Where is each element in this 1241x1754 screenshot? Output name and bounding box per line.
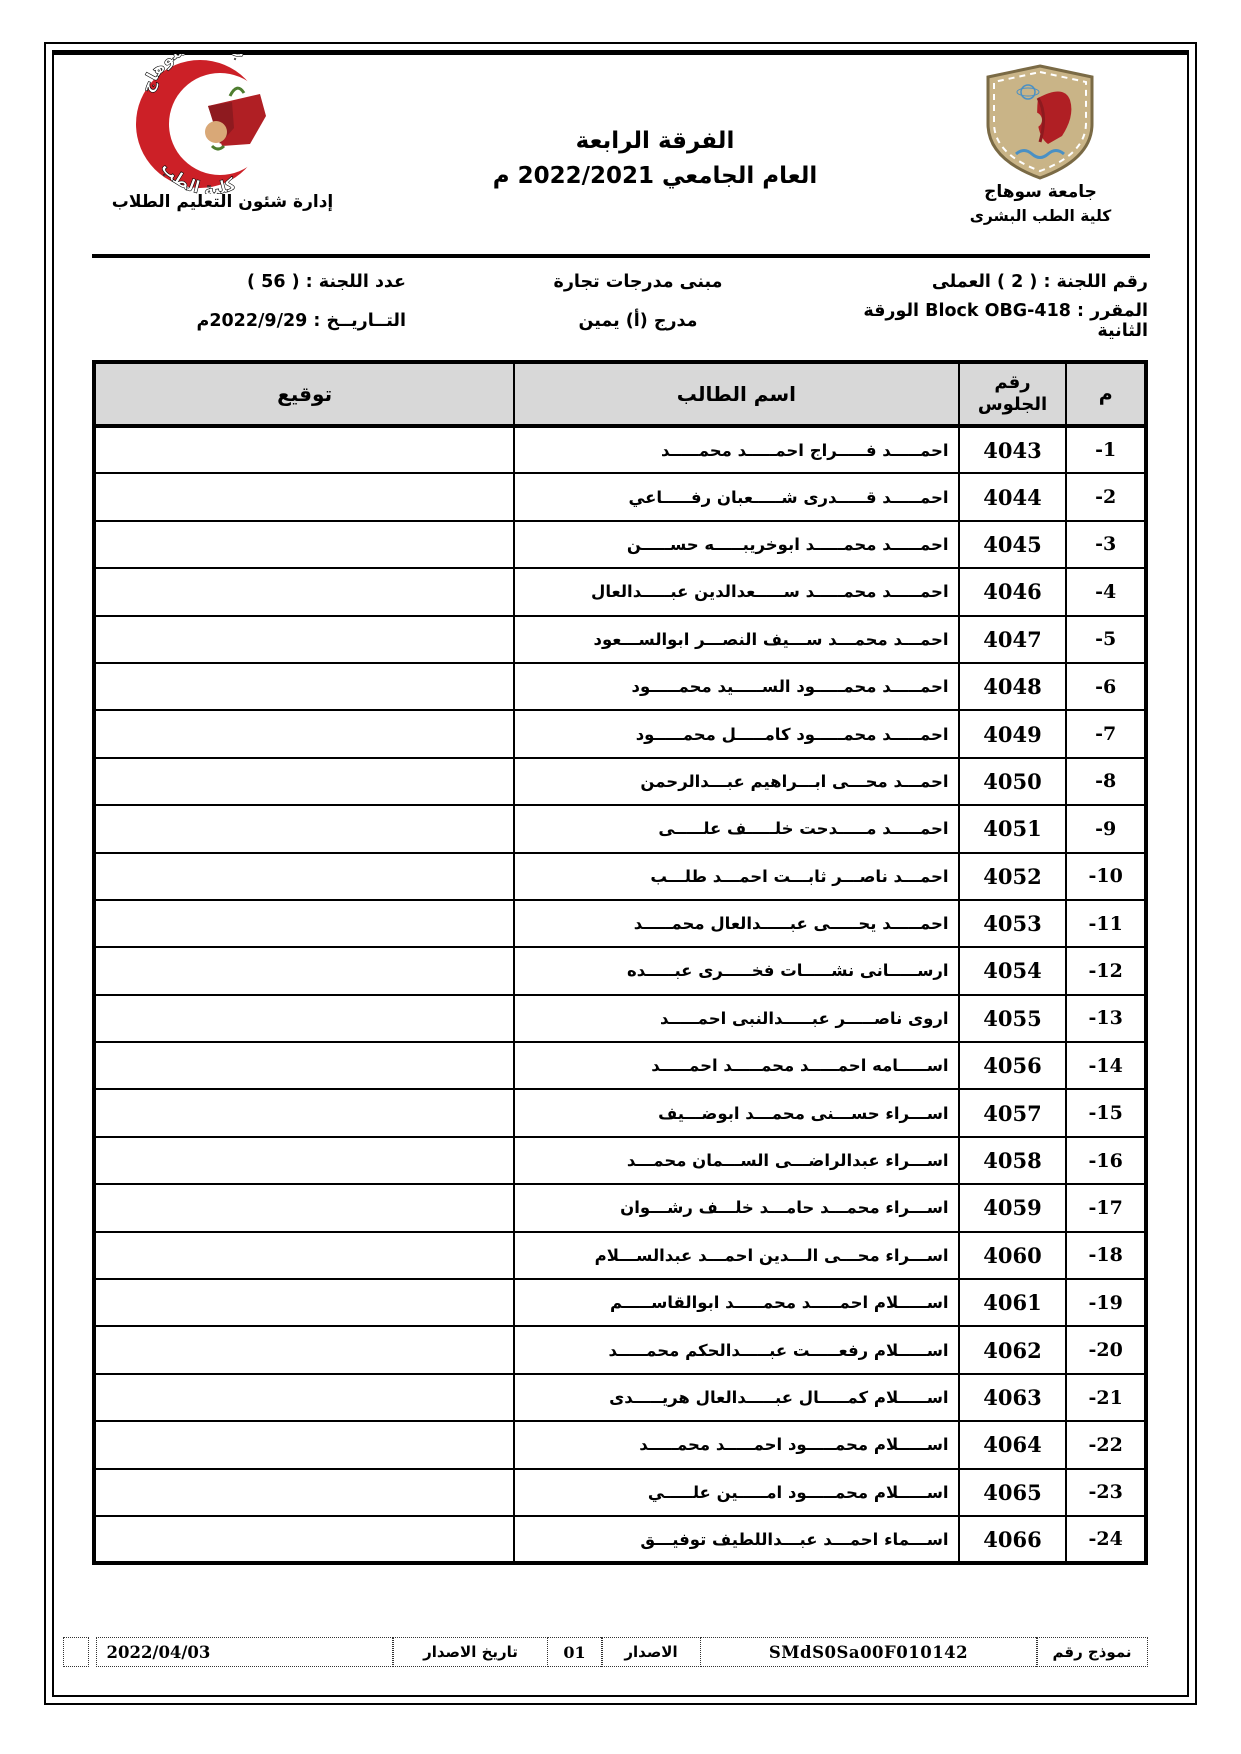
row-student-name: اســـــلام رفعـــــت عبـــــدالحكم محمــ…	[514, 1326, 958, 1373]
row-seat-number: 4063	[959, 1374, 1067, 1421]
row-seat-number: 4062	[959, 1326, 1067, 1373]
row-serial: -4	[1066, 568, 1146, 615]
row-serial: -15	[1066, 1089, 1146, 1136]
academic-year: العام الجامعي 2022/2021 م	[410, 163, 900, 189]
student-row: -34045احمـــــد محمـــــد ابوخريبـــــه …	[94, 521, 1146, 568]
row-student-name: اســـــلام احمـــــد محمـــــد ابوالقاسـ…	[514, 1279, 958, 1326]
row-serial: -5	[1066, 616, 1146, 663]
row-seat-number: 4064	[959, 1421, 1067, 1468]
row-serial: -13	[1066, 995, 1146, 1042]
row-serial: -21	[1066, 1374, 1146, 1421]
student-row: -114053احمـــــد يحـــــى عبـــــدالعال …	[94, 900, 1146, 947]
row-seat-number: 4055	[959, 995, 1067, 1042]
row-seat-number: 4059	[959, 1184, 1067, 1231]
row-signature-cell	[94, 995, 514, 1042]
row-serial: -16	[1066, 1137, 1146, 1184]
row-student-name: اســـراء محمـــد حامـــد خلـــف رشـــوان	[514, 1184, 958, 1231]
students-table-wrap: م رقم الجلوس اسم الطالب توقيع -14043احمـ…	[92, 360, 1148, 1565]
row-seat-number: 4057	[959, 1089, 1067, 1136]
row-seat-number: 4065	[959, 1469, 1067, 1516]
row-serial: -9	[1066, 805, 1146, 852]
version-label: الاصدار	[601, 1637, 701, 1667]
row-signature-cell	[94, 1089, 514, 1136]
row-seat-number: 4044	[959, 473, 1067, 520]
student-name-column-header: اسم الطالب	[514, 362, 958, 426]
student-row: -84050احمـــد محـــى ابـــراهيم عبـــدال…	[94, 758, 1146, 805]
student-row: -124054ارســـــانى نشـــــات فخـــــرى ع…	[94, 947, 1146, 994]
student-row: -94051احمـــــد مـــــدحت خلـــــف علـــ…	[94, 805, 1146, 852]
row-seat-number: 4045	[959, 521, 1067, 568]
row-serial: -12	[1066, 947, 1146, 994]
row-student-name: اســـــلام كمـــــال عبـــــدالعال هريــ…	[514, 1374, 958, 1421]
university-name: جامعة سوهاج	[948, 182, 1133, 202]
student-row: -104052احمـــد ناصـــر ثابـــت احمـــد ط…	[94, 853, 1146, 900]
exam-building: مبنى مدرجات تجارة	[458, 272, 818, 292]
student-row: -204062اســـــلام رفعـــــت عبـــــدالحك…	[94, 1326, 1146, 1373]
form-code: SMdS0Sa00F010142	[700, 1637, 1038, 1667]
row-student-name: احمـــد ناصـــر ثابـــت احمـــد طلـــب	[514, 853, 958, 900]
row-serial: -11	[1066, 900, 1146, 947]
exam-info-row-2: المقرر : Block OBG-418 الورقة الثانية مد…	[92, 301, 1148, 340]
row-student-name: اروى ناصـــــر عبـــــدالنبى احمـــــد	[514, 995, 958, 1042]
row-serial: -2	[1066, 473, 1146, 520]
row-seat-number: 4052	[959, 853, 1067, 900]
issue-date-value: 2022/04/03	[96, 1637, 394, 1667]
row-signature-cell	[94, 521, 514, 568]
row-student-name: احمـــد محـــى ابـــراهيم عبـــدالرحمن	[514, 758, 958, 805]
row-signature-cell	[94, 1516, 514, 1563]
exam-date: التــاريــخ : 2022/9/29م	[92, 311, 458, 331]
row-signature-cell	[94, 900, 514, 947]
student-row: -144056اســـــامه احمـــــد محمـــــد اح…	[94, 1042, 1146, 1089]
row-seat-number: 4060	[959, 1232, 1067, 1279]
student-row: -24044احمـــــد قـــــدرى شـــــعبان رفـ…	[94, 473, 1146, 520]
row-serial: -6	[1066, 663, 1146, 710]
row-student-name: اســـراء محـــى الـــدين احمـــد عبدالسـ…	[514, 1232, 958, 1279]
serial-column-header: م	[1066, 362, 1146, 426]
course-name: المقرر : Block OBG-418 الورقة الثانية	[818, 301, 1148, 341]
row-student-name: احمـــــد فـــــراج احمـــــد محمـــــد	[514, 426, 958, 473]
row-seat-number: 4066	[959, 1516, 1067, 1563]
row-serial: -19	[1066, 1279, 1146, 1326]
row-signature-cell	[94, 947, 514, 994]
row-signature-cell	[94, 1232, 514, 1279]
row-serial: -24	[1066, 1516, 1146, 1563]
row-seat-number: 4058	[959, 1137, 1067, 1184]
row-signature-cell	[94, 616, 514, 663]
row-seat-number: 4056	[959, 1042, 1067, 1089]
row-student-name: احمـــــد مـــــدحت خلـــــف علـــــى	[514, 805, 958, 852]
admin-office-label: إدارة شئون التعليم الطلاب	[95, 192, 350, 212]
row-serial: -14	[1066, 1042, 1146, 1089]
row-student-name: احمـــد محمـــد ســـيف النصـــر ابوالســ…	[514, 616, 958, 663]
row-serial: -3	[1066, 521, 1146, 568]
footer-corner-cell	[63, 1637, 89, 1667]
row-signature-cell	[94, 1137, 514, 1184]
university-shield-logo-icon	[976, 62, 1104, 182]
student-row: -134055اروى ناصـــــر عبـــــدالنبى احمـ…	[94, 995, 1146, 1042]
row-signature-cell	[94, 663, 514, 710]
signature-column-header: توقيع	[94, 362, 514, 426]
student-row: -244066اســـماء احمـــد عبـــداللطيف توف…	[94, 1516, 1146, 1563]
committee-count: عدد اللجنة : ( 56 )	[92, 272, 458, 292]
row-serial: -8	[1066, 758, 1146, 805]
table-header-row: م رقم الجلوس اسم الطالب توقيع	[94, 362, 1146, 426]
row-serial: -17	[1066, 1184, 1146, 1231]
student-row: -154057اســـراء حســـنى محمـــد ابوضـــي…	[94, 1089, 1146, 1136]
seat-number-column-header: رقم الجلوس	[959, 362, 1067, 426]
row-seat-number: 4049	[959, 710, 1067, 757]
student-row: -224064اســـــلام محمـــــود احمـــــد م…	[94, 1421, 1146, 1468]
row-signature-cell	[94, 805, 514, 852]
row-seat-number: 4051	[959, 805, 1067, 852]
exam-attendance-sheet: جامعة سوهاج كلية الطب إدارة شئون التعليم…	[0, 0, 1241, 1754]
row-seat-number: 4054	[959, 947, 1067, 994]
row-seat-number: 4050	[959, 758, 1067, 805]
row-student-name: احمـــــد محمـــــود كامـــــل محمـــــو…	[514, 710, 958, 757]
row-signature-cell	[94, 1184, 514, 1231]
row-seat-number: 4047	[959, 616, 1067, 663]
row-signature-cell	[94, 473, 514, 520]
year-title: الفرقة الرابعة	[410, 128, 900, 154]
student-row: -184060اســـراء محـــى الـــدين احمـــد …	[94, 1232, 1146, 1279]
student-row: -44046احمـــــد محمـــــد ســـــعدالدين …	[94, 568, 1146, 615]
seat-header-line1: رقم	[960, 372, 1066, 395]
row-student-name: احمـــــد محمـــــد ســـــعدالدين عبــــ…	[514, 568, 958, 615]
row-student-name: اســـراء حســـنى محمـــد ابوضـــيف	[514, 1089, 958, 1136]
issue-date-label: تاريخ الاصدار	[393, 1637, 548, 1667]
row-signature-cell	[94, 710, 514, 757]
exam-info-row-1: رقم اللجنة : ( 2 ) العملى مبنى مدرجات تج…	[92, 262, 1148, 301]
student-row: -54047احمـــد محمـــد ســـيف النصـــر اب…	[94, 616, 1146, 663]
row-serial: -7	[1066, 710, 1146, 757]
student-row: -214063اســـــلام كمـــــال عبـــــدالعا…	[94, 1374, 1146, 1421]
committee-number: رقم اللجنة : ( 2 ) العملى	[818, 272, 1148, 292]
row-seat-number: 4061	[959, 1279, 1067, 1326]
row-serial: -22	[1066, 1421, 1146, 1468]
student-row: -234065اســـــلام محمـــــود امـــــين ع…	[94, 1469, 1146, 1516]
row-signature-cell	[94, 1042, 514, 1089]
row-signature-cell	[94, 426, 514, 473]
document-title-block: الفرقة الرابعة العام الجامعي 2022/2021 م	[410, 128, 900, 189]
row-student-name: اســـراء عبدالراضـــى الســـمان محمـــد	[514, 1137, 958, 1184]
exam-hall: مدرج (أ) يمين	[458, 311, 818, 331]
row-student-name: ارســـــانى نشـــــات فخـــــرى عبـــــد…	[514, 947, 958, 994]
faculty-crescent-logo-icon: جامعة سوهاج كلية الطب	[112, 54, 317, 194]
row-serial: -20	[1066, 1326, 1146, 1373]
header-divider-rule	[92, 254, 1150, 258]
faculty-name: كلية الطب البشرى	[948, 207, 1133, 225]
row-serial: -10	[1066, 853, 1146, 900]
row-seat-number: 4043	[959, 426, 1067, 473]
student-row: -64048احمـــــد محمـــــود الســـــيد مح…	[94, 663, 1146, 710]
row-signature-cell	[94, 758, 514, 805]
row-student-name: اســـــلام محمـــــود احمـــــد محمـــــ…	[514, 1421, 958, 1468]
row-seat-number: 4053	[959, 900, 1067, 947]
row-seat-number: 4048	[959, 663, 1067, 710]
student-row: -174059اســـراء محمـــد حامـــد خلـــف ر…	[94, 1184, 1146, 1231]
row-serial: -18	[1066, 1232, 1146, 1279]
row-student-name: احمـــــد يحـــــى عبـــــدالعال محمــــ…	[514, 900, 958, 947]
row-signature-cell	[94, 1374, 514, 1421]
row-signature-cell	[94, 1469, 514, 1516]
row-student-name: احمـــــد محمـــــود الســـــيد محمـــــ…	[514, 663, 958, 710]
row-student-name: اســـماء احمـــد عبـــداللطيف توفيـــق	[514, 1516, 958, 1563]
student-row: -194061اســـــلام احمـــــد محمـــــد اب…	[94, 1279, 1146, 1326]
student-rows: -14043احمـــــد فـــــراج احمـــــد محمـ…	[94, 426, 1146, 1563]
row-signature-cell	[94, 568, 514, 615]
row-signature-cell	[94, 1421, 514, 1468]
form-number-label: نموذج رقم	[1036, 1637, 1148, 1667]
seat-header-line2: الجلوس	[960, 394, 1066, 417]
version-value: 01	[547, 1637, 603, 1667]
student-row: -14043احمـــــد فـــــراج احمـــــد محمـ…	[94, 426, 1146, 473]
row-serial: -1	[1066, 426, 1146, 473]
row-student-name: اســـــامه احمـــــد محمـــــد احمـــــد	[514, 1042, 958, 1089]
students-table: م رقم الجلوس اسم الطالب توقيع -14043احمـ…	[92, 360, 1148, 1565]
student-row: -74049احمـــــد محمـــــود كامـــــل محم…	[94, 710, 1146, 757]
row-student-name: اســـــلام محمـــــود امـــــين علـــــي	[514, 1469, 958, 1516]
student-row: -164058اســـراء عبدالراضـــى الســـمان م…	[94, 1137, 1146, 1184]
row-signature-cell	[94, 1326, 514, 1373]
row-signature-cell	[94, 1279, 514, 1326]
row-serial: -23	[1066, 1469, 1146, 1516]
footer-form-bar: نموذج رقم SMdS0Sa00F010142 الاصدار 01 تا…	[97, 1637, 1148, 1667]
row-signature-cell	[94, 853, 514, 900]
row-seat-number: 4046	[959, 568, 1067, 615]
row-student-name: احمـــــد قـــــدرى شـــــعبان رفـــــاع…	[514, 473, 958, 520]
row-student-name: احمـــــد محمـــــد ابوخريبـــــه حســــ…	[514, 521, 958, 568]
exam-info-block: رقم اللجنة : ( 2 ) العملى مبنى مدرجات تج…	[92, 262, 1148, 340]
